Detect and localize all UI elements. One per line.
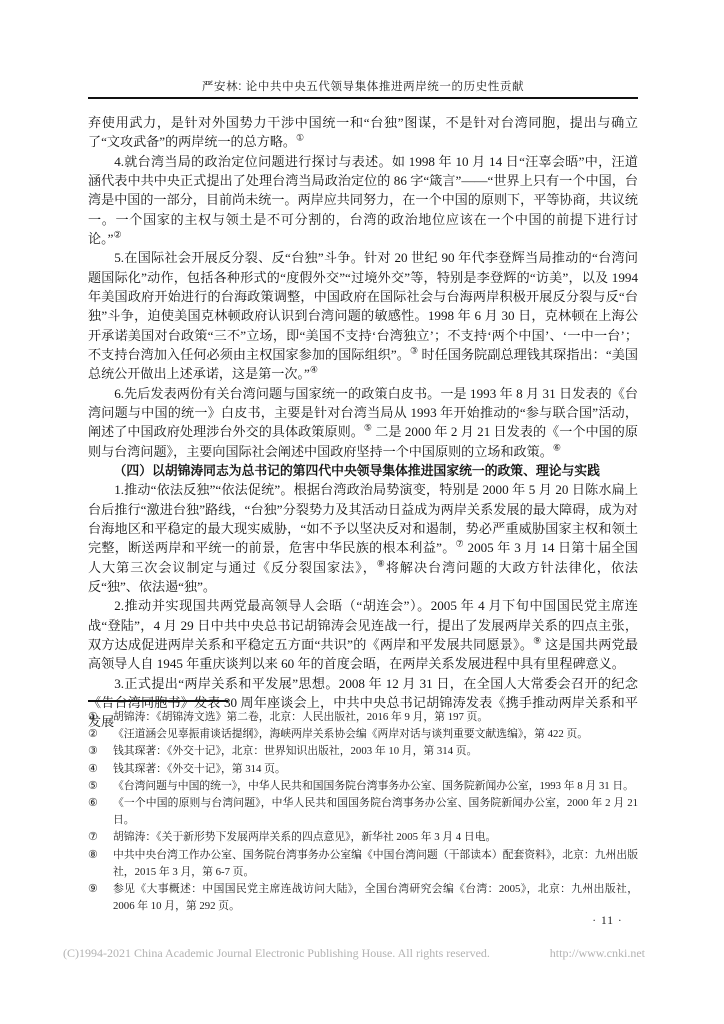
footnote-text: 《一个中国的原则与台湾问题》，中华人民共和国国务院台湾事务办公室、国务院新闻办公… [113, 795, 638, 829]
footnote-item: ⑨参见《大事概述：中国国民党主席连战访问大陆》，全国台湾研究会编《台湾：2005… [88, 881, 638, 915]
paragraph: 5.在国际社会开展反分裂、反“台独”斗争。针对 20 世纪 90 年代李登辉当局… [88, 248, 638, 383]
footnote-ref: ① [296, 133, 304, 143]
footnote-ref: ⑤ [364, 423, 372, 433]
footnote-item: ④钱其琛著：《外交十记》，第 314 页。 [88, 761, 638, 778]
paragraph: 2.推动并实现国共两党最高领导人会晤（“胡连会”）。2005 年 4 月下旬中国… [88, 596, 638, 673]
body-text: 弃使用武力，是针对外国势力干涉中国统一和“台独”图谋，不是针对台湾同胞，提出与确… [88, 113, 638, 732]
footnote-item: ②《汪道涵会见辜振甫谈话提纲》，海峡两岸关系协会编《两岸对话与谈判重要文献选编》… [88, 726, 638, 743]
footnote-marker: ① [88, 709, 113, 726]
footnote-text: 胡锦涛：《关于新形势下发展两岸关系的四点意见》，新华社 2005 年 3 月 4… [113, 829, 638, 846]
copyright-text: (C)1994-2021 China Academic Journal Elec… [63, 946, 490, 961]
footnote-marker: ⑧ [88, 847, 113, 881]
footnote-marker: ③ [88, 743, 113, 760]
publisher-footer: (C)1994-2021 China Academic Journal Elec… [63, 946, 645, 961]
footnote-ref: ④ [310, 365, 318, 375]
footnote-marker: ② [88, 726, 113, 743]
footnote-ref: ⑨ [533, 636, 541, 646]
footnote-ref: ② [113, 230, 121, 240]
footnote-text: 《台湾问题与中国的统一》，中华人民共和国国务院台湾事务办公室、国务院新闻办公室，… [113, 778, 638, 795]
publisher-url: http://www.cnki.net [550, 946, 645, 961]
running-head-title: 严安林: 论中共中央五代领导集体推进两岸统一的历史性贡献 [88, 78, 638, 94]
footnote-item: ①胡锦涛：《胡锦涛文选》第二卷，北京：人民出版社，2016 年 9 月，第 19… [88, 709, 638, 726]
footnote-item: ⑤《台湾问题与中国的统一》，中华人民共和国国务院台湾事务办公室、国务院新闻办公室… [88, 778, 638, 795]
footnote-separator-rule [88, 700, 228, 702]
footnote-marker: ⑤ [88, 778, 113, 795]
footnote-text: 钱其琛著：《外交十记》，第 314 页。 [113, 761, 638, 778]
footnote-list: ①胡锦涛：《胡锦涛文选》第二卷，北京：人民出版社，2016 年 9 月，第 19… [88, 709, 638, 915]
footnote-item: ⑥《一个中国的原则与台湾问题》，中华人民共和国国务院台湾事务办公室、国务院新闻办… [88, 795, 638, 829]
footnote-item: ⑦胡锦涛：《关于新形势下发展两岸关系的四点意见》，新华社 2005 年 3 月 … [88, 829, 638, 846]
footnote-marker: ⑥ [88, 795, 113, 829]
document-page: 严安林: 论中共中央五代领导集体推进两岸统一的历史性贡献 弃使用武力，是针对外国… [0, 0, 724, 1024]
paragraph: 弃使用武力，是针对外国势力干涉中国统一和“台独”图谋，不是针对台湾同胞，提出与确… [88, 113, 638, 152]
paragraph: 1.推动“依法反独”“依法促统”。根据台湾政治局势演变，特别是 2000 年 5… [88, 480, 638, 596]
footnote-ref: ⑥ [553, 442, 561, 452]
footnote-text: 胡锦涛：《胡锦涛文选》第二卷，北京：人民出版社，2016 年 9 月，第 197… [113, 709, 638, 726]
footnote-item: ⑧中共中央台湾工作办公室、国务院台湾事务办公室编《中国台湾问题（干部读本）配套资… [88, 847, 638, 881]
footnote-text: 参见《大事概述：中国国民党主席连战访问大陆》，全国台湾研究会编《台湾：2005》… [113, 881, 638, 915]
paragraph: 4.就台湾当局的政治定位问题进行探讨与表述。如 1998 年 10 月 14 日… [88, 152, 638, 249]
footnote-text: 钱其琛著：《外交十记》，北京：世界知识出版社，2003 年 10 月，第 314… [113, 743, 638, 760]
page-number: · 11 · [560, 915, 655, 927]
footnote-ref: ③ [410, 346, 418, 356]
paragraph: 6.先后发表两份有关台湾问题与国家统一的政策白皮书。一是 1993 年 8 月 … [88, 384, 638, 461]
header-rule [88, 97, 638, 99]
footnote-marker: ⑨ [88, 881, 113, 915]
section-heading: （四）以胡锦涛同志为总书记的第四代中央领导集体推进国家统一的政策、理论与实践 [88, 461, 638, 480]
footnote-item: ③钱其琛著：《外交十记》，北京：世界知识出版社，2003 年 10 月，第 31… [88, 743, 638, 760]
footnote-ref: ⑦ [456, 539, 464, 549]
footnote-text: 《汪道涵会见辜振甫谈话提纲》，海峡两岸关系协会编《两岸对话与谈判重要文献选编》，… [113, 726, 638, 743]
footnote-marker: ⑦ [88, 829, 113, 846]
footnote-ref: ⑧ [377, 558, 386, 568]
footnote-marker: ④ [88, 761, 113, 778]
footnote-text: 中共中央台湾工作办公室、国务院台湾事务办公室编《中国台湾问题（干部读本）配套资料… [113, 847, 638, 881]
